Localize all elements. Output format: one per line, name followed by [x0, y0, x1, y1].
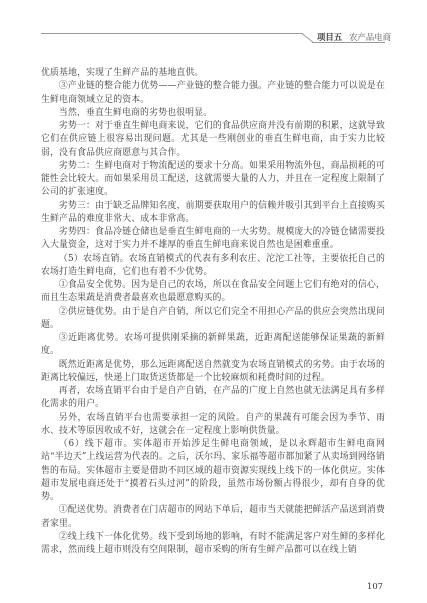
paragraph: 既然近距离是优势，那么远距离配送自然就变为农场直销模式的劣势。由于农场的距离比较…: [41, 359, 385, 386]
paragraph: 优质基地，实现了生鲜产品的基地直供。: [41, 67, 385, 80]
paragraph: 再者，农场直销平台由于是自产自销，在产品的广度上自然也就无法满足具有多样化需求的…: [41, 385, 385, 412]
header-rule-tail: [312, 42, 385, 43]
paragraph: ②线上线下一体化优势。线下受到场地的影响，有时不能满足客户对生鲜的多样化需求，然…: [41, 531, 385, 558]
paragraph: 劣势三：由于缺乏品牌知名度，前期要获取用户的信赖并吸引其到平台上直接购买生鲜产品…: [41, 200, 385, 227]
paragraph: ③近距离优势。农场可提供刚采摘的新鲜果蔬，近距离配送能够保证果蔬的新鲜度。: [41, 332, 385, 359]
header-rule-slant: [301, 33, 313, 42]
paragraph: （5）农场直销。农场直销模式的代表有多利农庄、沱沱工社等，主要依托自己的农场打造…: [41, 253, 385, 280]
paragraph: ②供应链优势。由于是自产自销，所以它们完全不用担心产品的供应会突然出现问题。: [41, 306, 385, 333]
paragraph: ③产业链的整合能力优势——产业链的整合能力强。产业链的整合能力可以说是在生鲜电商…: [41, 80, 385, 107]
header-rule: [41, 33, 303, 34]
paragraph: 另外，农场直销平台也需要承担一定的风险。自产的果蔬有可能会因为季节、雨水、技术等…: [41, 412, 385, 439]
chapter-title: 农产品电商: [349, 32, 391, 42]
chapter-label: 项目五: [317, 32, 342, 42]
page-number: 107: [367, 581, 383, 591]
paragraph: 劣势四：食品冷链仓储也是垂直生鲜电商的一大劣势。规模庞大的冷链仓储需要投入大量资…: [41, 226, 385, 253]
paragraph: 劣势一：对于垂直生鲜电商来说，它们的食品供应商并没有前期的积累，这就导致它们在供…: [41, 120, 385, 160]
paragraph: ①食品安全优势。因为是自己的农场，所以在食品安全问题上它们有绝对的信心，而且生态…: [41, 279, 385, 306]
running-header: 项目五农产品电商: [317, 32, 391, 42]
paragraph: 劣势二：生鲜电商对于物流配送的要求十分高。如果采用物流外包，商品损耗的可能性会比…: [41, 160, 385, 200]
body-text: 优质基地，实现了生鲜产品的基地直供。 ③产业链的整合能力优势——产业链的整合能力…: [41, 67, 385, 557]
paragraph: 当然，垂直生鲜电商的劣势也很明显。: [41, 107, 385, 120]
paragraph: ①配送优势。消费者在门店超市的网站下单后，超市当天就能把鲜活产品送到消费者家里。: [41, 504, 385, 531]
paragraph: （6）线下超市。实体超市开始涉足生鲜电商领域，是以永辉超市生鲜电商网站“半边天”…: [41, 438, 385, 504]
